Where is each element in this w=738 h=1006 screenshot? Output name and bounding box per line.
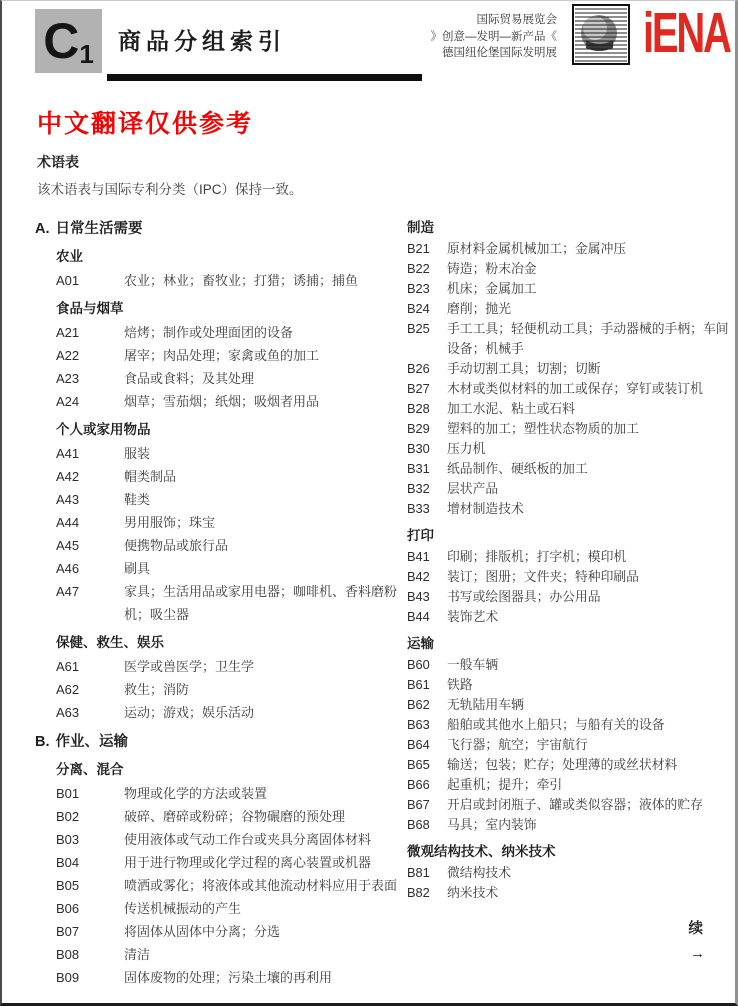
class-item-row: B42 装订；图册；文件夹；特种印刷品 xyxy=(407,567,735,587)
group-items: A21 焙烤；制作或处理面团的设备 A22 屠宰；肉品处理；家禽或鱼的加工 A2… xyxy=(56,321,397,413)
group-items: B21 原材料金属机械加工；金属冲压 B22 铸造；粉末冶金 B23 机床；金属… xyxy=(407,239,735,519)
class-item-row: B33 增材制造技术 xyxy=(407,499,735,519)
class-item-row: A47 家具；生活用品或家用电器；咖啡机、香料磨粉机；吸尘器 xyxy=(56,580,397,626)
class-code: A62 xyxy=(56,678,124,701)
class-group: 运输 B60 一般车辆 B61 铁路 B62 无轨陆用车辆 B63 船舶或其他水… xyxy=(402,633,735,835)
class-description: 原材料金属机械加工；金属冲压 xyxy=(447,239,735,259)
class-description: 船舶或其他水上船只；与船有关的设备 xyxy=(447,715,735,735)
class-item-row: A22 屠宰；肉品处理；家禽或鱼的加工 xyxy=(56,344,397,367)
class-code: B03 xyxy=(56,828,124,851)
glossary-title: 术语表 xyxy=(37,152,79,172)
class-item-row: B21 原材料金属机械加工；金属冲压 xyxy=(407,239,735,259)
group-items: A41 服装 A42 帽类制品 A43 鞋类 A44 男用服饰；珠宝 A45 便… xyxy=(56,442,397,626)
class-item-row: B32 层状产品 xyxy=(407,479,735,499)
class-code: B44 xyxy=(407,607,447,627)
class-item-row: B68 马具；室内装饰 xyxy=(407,815,735,835)
class-item-row: B05 喷洒或雾化；将液体或其他流动材料应用于表面 xyxy=(56,874,397,897)
group-title: 微观结构技术、纳米技术 xyxy=(407,841,735,863)
class-description: 装饰艺术 xyxy=(447,607,735,627)
class-description: 马具；室内装饰 xyxy=(447,815,735,835)
class-code: B81 xyxy=(407,863,447,883)
group-title: 保健、救生、娱乐 xyxy=(56,631,397,655)
class-item-row: B41 印刷；排版机；打字机；模印机 xyxy=(407,547,735,567)
section-title: 日常生活需要 xyxy=(56,221,143,237)
class-item-row: B67 开启或封闭瓶子、罐或类似容器；液体的贮存 xyxy=(407,795,735,815)
class-code: B27 xyxy=(407,379,447,399)
class-item-row: A42 帽类制品 xyxy=(56,465,397,488)
class-code: B22 xyxy=(407,259,447,279)
group-title: 个人或家用物品 xyxy=(56,418,397,442)
class-code: B07 xyxy=(56,920,124,943)
class-description: 破碎、磨碎或粉碎；谷物碾磨的预处理 xyxy=(124,805,397,828)
group-items: B60 一般车辆 B61 铁路 B62 无轨陆用车辆 B63 船舶或其他水上船只… xyxy=(407,655,735,835)
class-item-row: A62 救生；消防 xyxy=(56,678,397,701)
class-item-row: A24 烟草；雪茄烟；纸烟；吸烟者用品 xyxy=(56,390,397,413)
class-item-row: A23 食品或食料；及其处理 xyxy=(56,367,397,390)
class-description: 木材或类似材料的加工或保存；穿钉或装订机 xyxy=(447,379,735,399)
class-item-row: B30 压力机 xyxy=(407,439,735,459)
class-group: 食品与烟草 A21 焙烤；制作或处理面团的设备 A22 屠宰；肉品处理；家禽或鱼… xyxy=(35,297,397,413)
class-item-row: B26 手动切割工具；切割；切断 xyxy=(407,359,735,379)
class-item-row: B66 起重机；提升；牵引 xyxy=(407,775,735,795)
class-description: 增材制造技术 xyxy=(447,499,735,519)
group-items: B41 印刷；排版机；打字机；模印机 B42 装订；图册；文件夹；特种印刷品 B… xyxy=(407,547,735,627)
class-item-row: B23 机床；金属加工 xyxy=(407,279,735,299)
class-description: 使用液体或气动工作台或夹具分离固体材料 xyxy=(124,828,397,851)
class-item-row: B62 无轨陆用车辆 xyxy=(407,695,735,715)
class-item-row: B82 纳米技术 xyxy=(407,883,735,903)
class-item-row: A44 男用服饰；珠宝 xyxy=(56,511,397,534)
continued-arrow-icon: → xyxy=(402,945,735,962)
class-description: 微结构技术 xyxy=(447,863,735,883)
class-code: B68 xyxy=(407,815,447,835)
class-description: 一般车辆 xyxy=(447,655,735,675)
class-description: 帽类制品 xyxy=(124,465,397,488)
class-code: B64 xyxy=(407,735,447,755)
class-item-row: B43 书写或绘图器具；办公用品 xyxy=(407,587,735,607)
class-code: A22 xyxy=(56,344,124,367)
class-code: B26 xyxy=(407,359,447,379)
class-description: 用于进行物理或化学过程的离心装置或机器 xyxy=(124,851,397,874)
class-item-row: B29 塑料的加工；塑性状态物质的加工 xyxy=(407,419,735,439)
class-item-row: A61 医学或兽医学；卫生学 xyxy=(56,655,397,678)
class-description: 医学或兽医学；卫生学 xyxy=(124,655,397,678)
class-code: B25 xyxy=(407,319,447,359)
class-item-row: B04 用于进行物理或化学过程的离心装置或机器 xyxy=(56,851,397,874)
class-code: B24 xyxy=(407,299,447,319)
class-code: A01 xyxy=(56,269,124,292)
class-code: B66 xyxy=(407,775,447,795)
class-code: B08 xyxy=(56,943,124,966)
class-code: B06 xyxy=(56,897,124,920)
class-description: 手动切割工具；切割；切断 xyxy=(447,359,735,379)
class-item-row: A21 焙烤；制作或处理面团的设备 xyxy=(56,321,397,344)
class-code: B28 xyxy=(407,399,447,419)
class-code: A46 xyxy=(56,557,124,580)
class-description: 服装 xyxy=(124,442,397,465)
class-code: A61 xyxy=(56,655,124,678)
class-description: 飞行器；航空；宇宙航行 xyxy=(447,735,735,755)
class-item-row: B06 传送机械振动的产生 xyxy=(56,897,397,920)
class-description: 救生；消防 xyxy=(124,678,397,701)
class-item-row: B44 装饰艺术 xyxy=(407,607,735,627)
class-item-row: B65 输送；包装；贮存；处理薄的或丝状材料 xyxy=(407,755,735,775)
class-item-row: B03 使用液体或气动工作台或夹具分离固体材料 xyxy=(56,828,397,851)
class-code: A47 xyxy=(56,580,124,626)
class-description: 手工工具；轻便机动工具；手动器械的手柄；车间设备；机械手 xyxy=(447,319,735,359)
class-code: B61 xyxy=(407,675,447,695)
group-title: 运输 xyxy=(407,633,735,655)
class-item-row: B61 铁路 xyxy=(407,675,735,695)
class-description: 铁路 xyxy=(447,675,735,695)
class-group: 制造 B21 原材料金属机械加工；金属冲压 B22 铸造；粉末冶金 B23 机床… xyxy=(402,217,735,519)
class-code: A42 xyxy=(56,465,124,488)
class-description: 刷具 xyxy=(124,557,397,580)
class-description: 铸造；粉末冶金 xyxy=(447,259,735,279)
class-item-row: B01 物理或化学的方法或装置 xyxy=(56,782,397,805)
class-description: 喷洒或雾化；将液体或其他流动材料应用于表面 xyxy=(124,874,397,897)
class-code: B32 xyxy=(407,479,447,499)
class-item-row: B07 将固体从固体中分离；分选 xyxy=(56,920,397,943)
class-description: 鞋类 xyxy=(124,488,397,511)
class-description: 固体废物的处理；污染土壤的再利用 xyxy=(124,966,397,989)
class-code: B41 xyxy=(407,547,447,567)
class-description: 传送机械振动的产生 xyxy=(124,897,397,920)
class-description: 书写或绘图器具；办公用品 xyxy=(447,587,735,607)
event-line-2: 》创意—发明—新产品《 xyxy=(431,29,558,46)
class-group: 分离、混合 B01 物理或化学的方法或装置 B02 破碎、磨碎或粉碎；谷物碾磨的… xyxy=(35,758,397,989)
class-code: A43 xyxy=(56,488,124,511)
class-code: A44 xyxy=(56,511,124,534)
class-item-row: B28 加工水泥、粘土或石料 xyxy=(407,399,735,419)
group-title: 打印 xyxy=(407,525,735,547)
class-item-row: B63 船舶或其他水上船只；与船有关的设备 xyxy=(407,715,735,735)
event-line-1: 国际贸易展览会 xyxy=(431,12,558,29)
class-description: 塑料的加工；塑性状态物质的加工 xyxy=(447,419,735,439)
class-item-row: B22 铸造；粉末冶金 xyxy=(407,259,735,279)
class-item-row: A63 运动；游戏；娱乐活动 xyxy=(56,701,397,724)
class-code: B09 xyxy=(56,966,124,989)
class-description: 输送；包装；贮存；处理薄的或丝状材料 xyxy=(447,755,735,775)
class-item-row: B60 一般车辆 xyxy=(407,655,735,675)
class-code: A23 xyxy=(56,367,124,390)
class-item-row: B25 手工工具；轻便机动工具；手动器械的手柄；车间设备；机械手 xyxy=(407,319,735,359)
class-description: 焙烤；制作或处理面团的设备 xyxy=(124,321,397,344)
class-description: 加工水泥、粘土或石料 xyxy=(447,399,735,419)
iena-logo-text: iENA xyxy=(643,5,730,62)
globe-logo-icon xyxy=(572,4,630,65)
class-description: 机床；金属加工 xyxy=(447,279,735,299)
class-code: B23 xyxy=(407,279,447,299)
section-title: 作业、运输 xyxy=(56,734,129,750)
class-item-row: B02 破碎、磨碎或粉碎；谷物碾磨的预处理 xyxy=(56,805,397,828)
class-description: 烟草；雪茄烟；纸烟；吸烟者用品 xyxy=(124,390,397,413)
class-code: B62 xyxy=(407,695,447,715)
section-letter: B. xyxy=(35,734,50,750)
class-description: 层状产品 xyxy=(447,479,735,499)
class-description: 便携物品或旅行品 xyxy=(124,534,397,557)
class-code: B21 xyxy=(407,239,447,259)
class-item-row: A01 农业；林业；畜牧业；打猎；诱捕；捕鱼 xyxy=(56,269,397,292)
group-items: B81 微结构技术 B82 纳米技术 xyxy=(407,863,735,903)
class-code: B01 xyxy=(56,782,124,805)
class-code: A63 xyxy=(56,701,124,724)
class-code: A21 xyxy=(56,321,124,344)
page-title: 商品分组索引 xyxy=(118,23,286,56)
group-title: 分离、混合 xyxy=(56,758,397,782)
event-line-3: 德国纽伦堡国际发明展 xyxy=(431,45,558,62)
group-title: 食品与烟草 xyxy=(56,297,397,321)
class-code: B02 xyxy=(56,805,124,828)
column-left: A.日常生活需要 农业 A01 农业；林业；畜牧业；打猎；诱捕；捕鱼 食品与烟草… xyxy=(35,211,397,989)
class-description: 运动；游戏；娱乐活动 xyxy=(124,701,397,724)
class-code: B65 xyxy=(407,755,447,775)
class-code: A24 xyxy=(56,390,124,413)
class-code: B63 xyxy=(407,715,447,735)
document-page: C1 商品分组索引 国际贸易展览会 》创意—发明—新产品《 德国纽伦堡国际发明展… xyxy=(0,0,738,1006)
translation-notice: 中文翻译仅供参考 xyxy=(37,104,253,140)
classification-columns: A.日常生活需要 农业 A01 农业；林业；畜牧业；打猎；诱捕；捕鱼 食品与烟草… xyxy=(35,211,735,989)
class-group: 保健、救生、娱乐 A61 医学或兽医学；卫生学 A62 救生；消防 A63 运动… xyxy=(35,631,397,724)
class-code: B31 xyxy=(407,459,447,479)
class-description: 家具；生活用品或家用电器；咖啡机、香料磨粉机；吸尘器 xyxy=(124,580,397,626)
class-description: 印刷；排版机；打字机；模印机 xyxy=(447,547,735,567)
class-item-row: A41 服装 xyxy=(56,442,397,465)
class-item-row: B08 清洁 xyxy=(56,943,397,966)
class-group: 打印 B41 印刷；排版机；打字机；模印机 B42 装订；图册；文件夹；特种印刷… xyxy=(402,525,735,627)
class-description: 农业；林业；畜牧业；打猎；诱捕；捕鱼 xyxy=(124,269,397,292)
class-description: 纸品制作、硬纸板的加工 xyxy=(447,459,735,479)
section-letter: A. xyxy=(35,221,50,237)
class-code: B42 xyxy=(407,567,447,587)
class-group: 个人或家用物品 A41 服装 A42 帽类制品 A43 鞋类 A44 男用服饰；… xyxy=(35,418,397,626)
class-description: 起重机；提升；牵引 xyxy=(447,775,735,795)
class-description: 压力机 xyxy=(447,439,735,459)
group-title: 制造 xyxy=(407,217,735,239)
class-item-row: B31 纸品制作、硬纸板的加工 xyxy=(407,459,735,479)
class-code: B29 xyxy=(407,419,447,439)
class-item-row: A46 刷具 xyxy=(56,557,397,580)
class-description: 食品或食料；及其处理 xyxy=(124,367,397,390)
class-description: 将固体从固体中分离；分选 xyxy=(124,920,397,943)
class-code: A41 xyxy=(56,442,124,465)
class-code: B33 xyxy=(407,499,447,519)
class-description: 男用服饰；珠宝 xyxy=(124,511,397,534)
section-heading: B.作业、运输 xyxy=(35,731,397,753)
class-group: 农业 A01 农业；林业；畜牧业；打猎；诱捕；捕鱼 xyxy=(35,245,397,292)
class-code: A45 xyxy=(56,534,124,557)
page-code: C xyxy=(43,16,79,66)
class-description: 屠宰；肉品处理；家禽或鱼的加工 xyxy=(124,344,397,367)
section-heading: A.日常生活需要 xyxy=(35,218,397,240)
class-code: B04 xyxy=(56,851,124,874)
column-right: 制造 B21 原材料金属机械加工；金属冲压 B22 铸造；粉末冶金 B23 机床… xyxy=(402,211,735,962)
class-item-row: B09 固体废物的处理；污染土壤的再利用 xyxy=(56,966,397,989)
continued-label: 续 xyxy=(402,919,735,939)
class-description: 磨削；抛光 xyxy=(447,299,735,319)
class-item-row: A45 便携物品或旅行品 xyxy=(56,534,397,557)
class-description: 物理或化学的方法或装置 xyxy=(124,782,397,805)
class-code: B30 xyxy=(407,439,447,459)
page-tab-c1: C1 xyxy=(35,9,102,73)
class-description: 装订；图册；文件夹；特种印刷品 xyxy=(447,567,735,587)
class-description: 无轨陆用车辆 xyxy=(447,695,735,715)
class-item-row: B27 木材或类似材料的加工或保存；穿钉或装订机 xyxy=(407,379,735,399)
class-description: 清洁 xyxy=(124,943,397,966)
class-description: 纳米技术 xyxy=(447,883,735,903)
group-title: 农业 xyxy=(56,245,397,269)
class-item-row: B81 微结构技术 xyxy=(407,863,735,883)
class-code: B82 xyxy=(407,883,447,903)
title-underline-bar xyxy=(107,74,422,81)
class-code: B05 xyxy=(56,874,124,897)
class-code: B60 xyxy=(407,655,447,675)
group-items: A61 医学或兽医学；卫生学 A62 救生；消防 A63 运动；游戏；娱乐活动 xyxy=(56,655,397,724)
class-item-row: B24 磨削；抛光 xyxy=(407,299,735,319)
class-group: 微观结构技术、纳米技术 B81 微结构技术 B82 纳米技术 xyxy=(402,841,735,903)
event-caption: 国际贸易展览会 》创意—发明—新产品《 德国纽伦堡国际发明展 xyxy=(431,12,558,62)
group-items: A01 农业；林业；畜牧业；打猎；诱捕；捕鱼 xyxy=(56,269,397,292)
class-code: B67 xyxy=(407,795,447,815)
page-code-sub: 1 xyxy=(79,41,93,67)
class-description: 开启或封闭瓶子、罐或类似容器；液体的贮存 xyxy=(447,795,735,815)
group-items: B01 物理或化学的方法或装置 B02 破碎、磨碎或粉碎；谷物碾磨的预处理 B0… xyxy=(56,782,397,989)
class-code: B43 xyxy=(407,587,447,607)
glossary-note: 该术语表与国际专利分类（IPC）保持一致。 xyxy=(37,178,303,198)
class-item-row: B64 飞行器；航空；宇宙航行 xyxy=(407,735,735,755)
class-item-row: A43 鞋类 xyxy=(56,488,397,511)
